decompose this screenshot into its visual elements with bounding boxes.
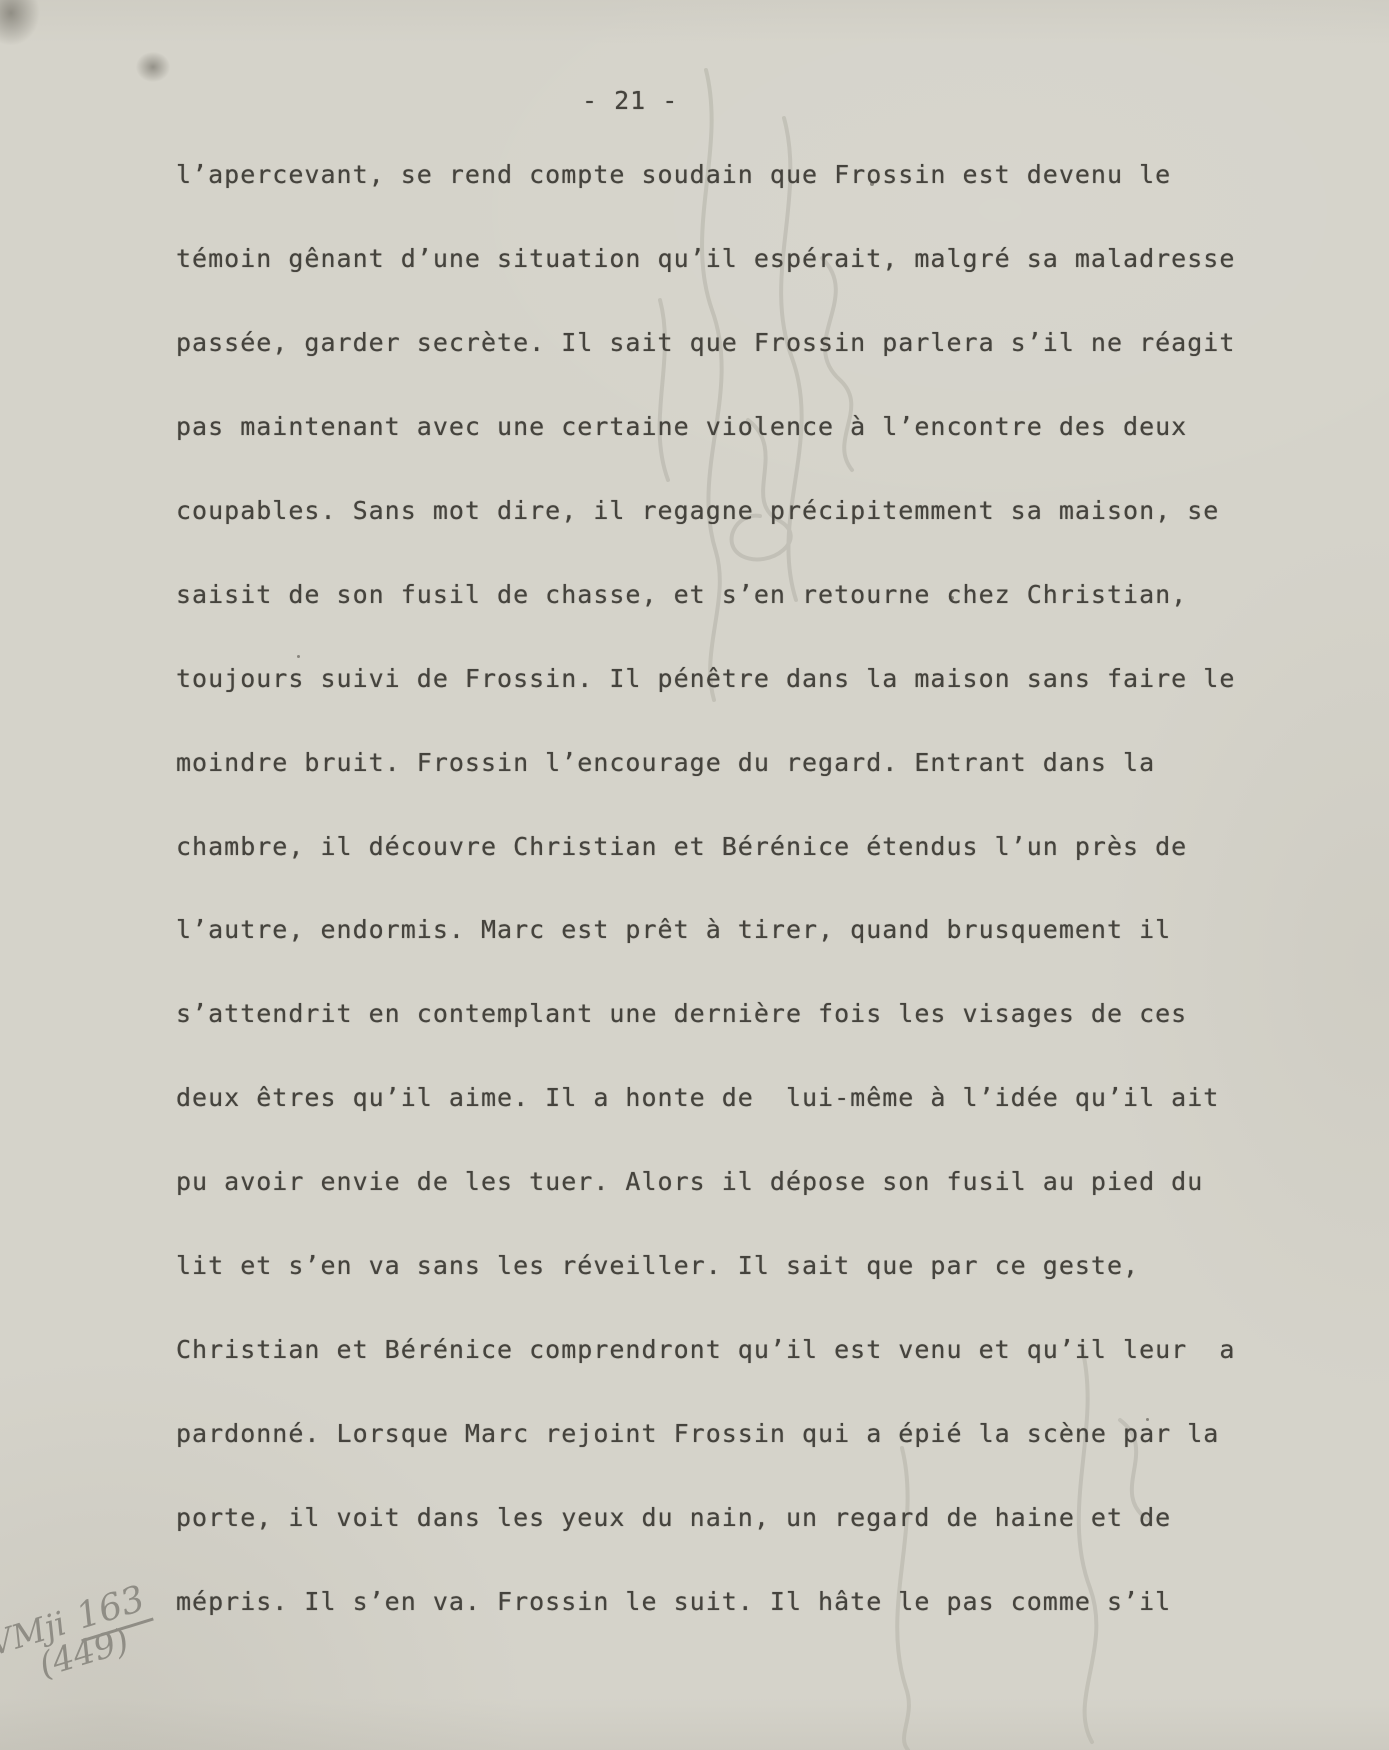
typed-line: l’autre, endormis. Marc est prêt à tirer… (176, 915, 1309, 999)
typed-line: lit et s’en va sans les réveiller. Il sa… (176, 1251, 1309, 1335)
typed-line: pu avoir envie de les tuer. Alors il dép… (176, 1167, 1309, 1251)
typed-line: deux êtres qu’il aime. Il a honte de lui… (176, 1083, 1309, 1167)
annotation-number: 163 (69, 1577, 154, 1642)
typed-line: pas maintenant avec une certaine violenc… (176, 412, 1309, 496)
handwritten-annotation: VMji 163 (449) (0, 1583, 162, 1698)
typed-line: moindre bruit. Frossin l’encourage du re… (176, 748, 1309, 832)
typed-line: Christian et Bérénice comprendront qu’il… (176, 1335, 1309, 1419)
typed-line: l’apercevant, se rend compte soudain que… (176, 160, 1309, 244)
typed-line: s’attendrit en contemplant une dernière … (176, 999, 1309, 1083)
typed-line: mépris. Il s’en va. Frossin le suit. Il … (176, 1587, 1309, 1671)
annotation-secondary: (449) (34, 1612, 162, 1686)
paper-smudge (136, 52, 170, 82)
page-number: - 21 - (582, 86, 678, 116)
typed-text-block: l’apercevant, se rend compte soudain que… (176, 160, 1309, 1671)
typed-line: saisit de son fusil de chasse, et s’en r… (176, 580, 1309, 664)
annotation-prefix: VMji (0, 1600, 80, 1663)
typed-line: pardonné. Lorsque Marc rejoint Frossin q… (176, 1419, 1309, 1503)
typed-line: porte, il voit dans les yeux du nain, un… (176, 1503, 1309, 1587)
scanned-typescript-page: - 21 - l’apercevant, se rend compte soud… (0, 0, 1389, 1750)
typed-line: passée, garder secrète. Il sait que Fros… (176, 328, 1309, 412)
typed-line: coupables. Sans mot dire, il regagne pré… (176, 496, 1309, 580)
typed-line: chambre, il découvre Christian et Béréni… (176, 832, 1309, 916)
typed-line: témoin gênant d’une situation qu’il espé… (176, 244, 1309, 328)
typed-line: toujours suivi de Frossin. Il pénêtre da… (176, 664, 1309, 748)
annotation-reference: VMji 163 (0, 1583, 151, 1660)
corner-stain (0, 0, 40, 46)
